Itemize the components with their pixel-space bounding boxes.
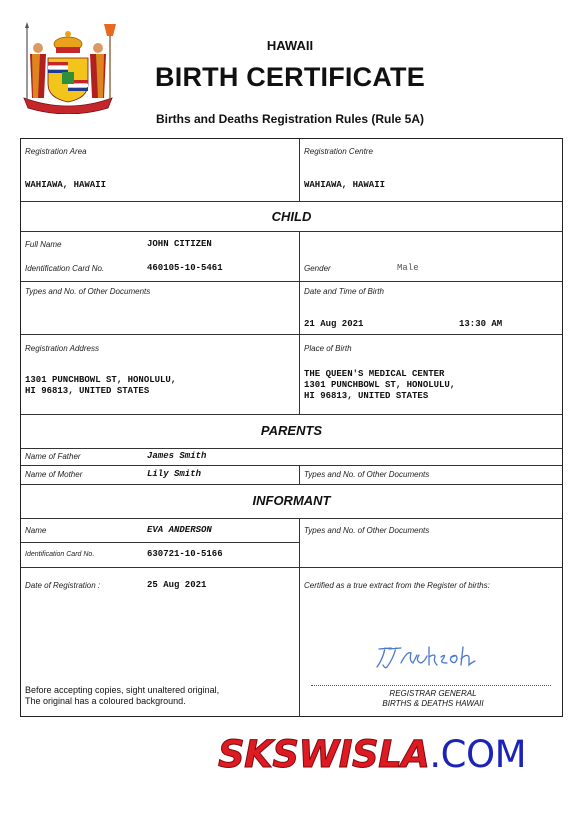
child-place-of-birth-label: Place of Birth <box>304 344 352 353</box>
watermark: SKSWISLA.COM <box>218 733 526 776</box>
watermark-part-1: SKSWISLA <box>218 733 429 776</box>
registration-centre-label: Registration Centre <box>304 147 373 156</box>
child-registration-address-label: Registration Address <box>25 344 99 353</box>
signature-line <box>311 685 551 686</box>
registration-area-value: WAHIAWA, HAWAII <box>25 180 106 191</box>
child-place-of-birth-value: THE QUEEN'S MEDICAL CENTER 1301 PUNCHBOW… <box>304 369 455 402</box>
state-name: HAWAII <box>240 38 340 53</box>
divider <box>21 567 562 568</box>
mother-name-value: Lily Smith <box>147 469 201 480</box>
registrar-line-2: BIRTHS & DEATHS HAWAII <box>304 699 562 709</box>
registration-centre-value: WAHIAWA, HAWAII <box>304 180 385 191</box>
registration-date-value: 25 Aug 2021 <box>147 580 206 591</box>
child-gender-label: Gender <box>304 264 331 273</box>
child-full-name-value: JOHN CITIZEN <box>147 239 212 250</box>
registration-area-label: Registration Area <box>25 147 87 156</box>
child-dob-time: 13:30 AM <box>459 319 502 330</box>
certified-text: Certified as a true extract from the Reg… <box>304 581 490 590</box>
certificate-table: Registration Area WAHIAWA, HAWAII Regist… <box>20 138 563 717</box>
registration-date-label: Date of Registration : <box>25 581 100 590</box>
informant-id-value: 630721-10-5166 <box>147 549 223 560</box>
watermark-part-2: .COM <box>429 733 526 776</box>
divider <box>21 465 562 466</box>
child-other-documents-label: Types and No. of Other Documents <box>25 287 150 296</box>
divider <box>21 231 562 232</box>
informant-name-label: Name <box>25 526 46 535</box>
divider <box>21 201 562 202</box>
copy-notice-line-1: Before accepting copies, sight unaltered… <box>25 685 219 696</box>
column-divider <box>299 465 300 484</box>
copy-notice-line-2: The original has a coloured background. <box>25 696 219 707</box>
mother-name-label: Name of Mother <box>25 470 82 479</box>
divider <box>21 281 562 282</box>
section-title-child: CHILD <box>21 209 562 224</box>
child-gender-value: Male <box>397 263 419 274</box>
divider <box>21 542 299 543</box>
child-dob-date: 21 Aug 2021 <box>304 319 363 330</box>
informant-name-value: EVA ANDERSON <box>147 525 212 536</box>
father-name-value: James Smith <box>147 451 206 462</box>
child-dob-label: Date and Time of Birth <box>304 287 384 296</box>
informant-id-label: Identification Card No. <box>25 551 94 558</box>
column-divider <box>299 139 300 201</box>
column-divider <box>299 231 300 414</box>
registrar-signature <box>371 641 491 671</box>
hawaii-coat-of-arms-icon <box>18 22 118 114</box>
divider <box>21 414 562 415</box>
divider <box>21 518 562 519</box>
section-title-parents: PARENTS <box>21 423 562 438</box>
document-title: BIRTH CERTIFICATE <box>140 62 440 93</box>
father-name-label: Name of Father <box>25 452 81 461</box>
child-full-name-label: Full Name <box>25 240 61 249</box>
copy-notice: Before accepting copies, sight unaltered… <box>25 685 219 707</box>
divider <box>21 448 562 449</box>
section-title-informant: INFORMANT <box>21 493 562 508</box>
document-subtitle: Births and Deaths Registration Rules (Ru… <box>140 112 440 126</box>
registrar-title: REGISTRAR GENERAL BIRTHS & DEATHS HAWAII <box>304 689 562 709</box>
parents-other-documents-label: Types and No. of Other Documents <box>304 470 429 479</box>
child-id-value: 460105-10-5461 <box>147 263 223 274</box>
child-id-label: Identification Card No. <box>25 264 104 273</box>
divider <box>21 484 562 485</box>
child-registration-address-value: 1301 PUNCHBOWL ST, HONOLULU, HI 96813, U… <box>25 375 176 397</box>
divider <box>21 334 562 335</box>
registrar-line-1: REGISTRAR GENERAL <box>304 689 562 699</box>
column-divider <box>299 518 300 717</box>
informant-other-documents-label: Types and No. of Other Documents <box>304 526 429 535</box>
